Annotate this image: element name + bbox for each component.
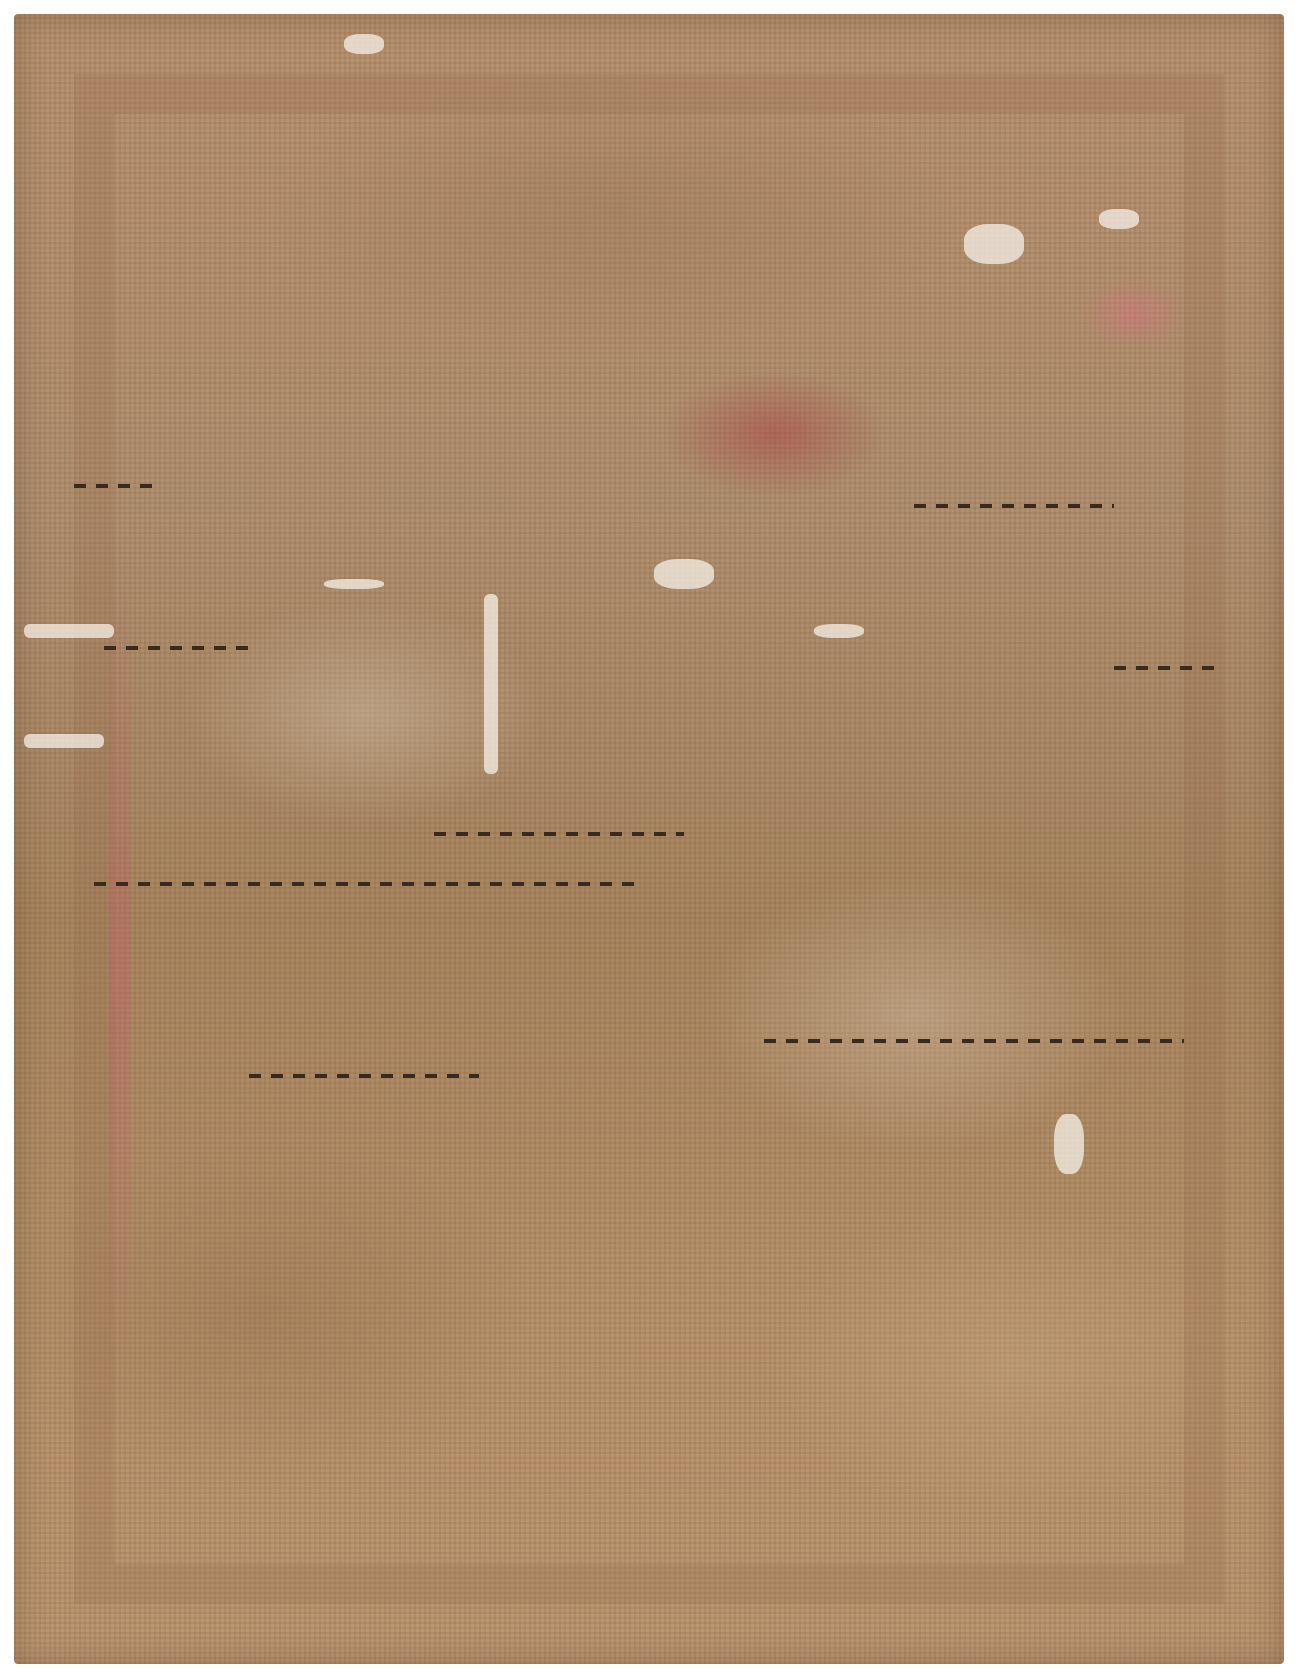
worn-patch (344, 34, 384, 54)
worn-seam (484, 594, 498, 774)
worn-patch (814, 624, 864, 638)
wear-line (1114, 666, 1214, 670)
wear-line (104, 646, 254, 650)
wear-line (434, 832, 684, 836)
rug-photo (14, 14, 1284, 1664)
worn-seam (24, 624, 114, 638)
wear-line (94, 882, 644, 886)
wear-line (914, 504, 1114, 508)
wear-line (764, 1039, 1184, 1043)
worn-patch (1054, 1114, 1084, 1174)
worn-patch (324, 579, 384, 589)
worn-patch (1099, 209, 1139, 229)
worn-patch (964, 224, 1024, 264)
pink-stripe (109, 564, 129, 1364)
worn-seam (24, 734, 104, 748)
rug-border (74, 74, 1224, 1604)
wear-line (249, 1074, 479, 1078)
worn-patch (654, 559, 714, 589)
wear-line (74, 484, 154, 488)
